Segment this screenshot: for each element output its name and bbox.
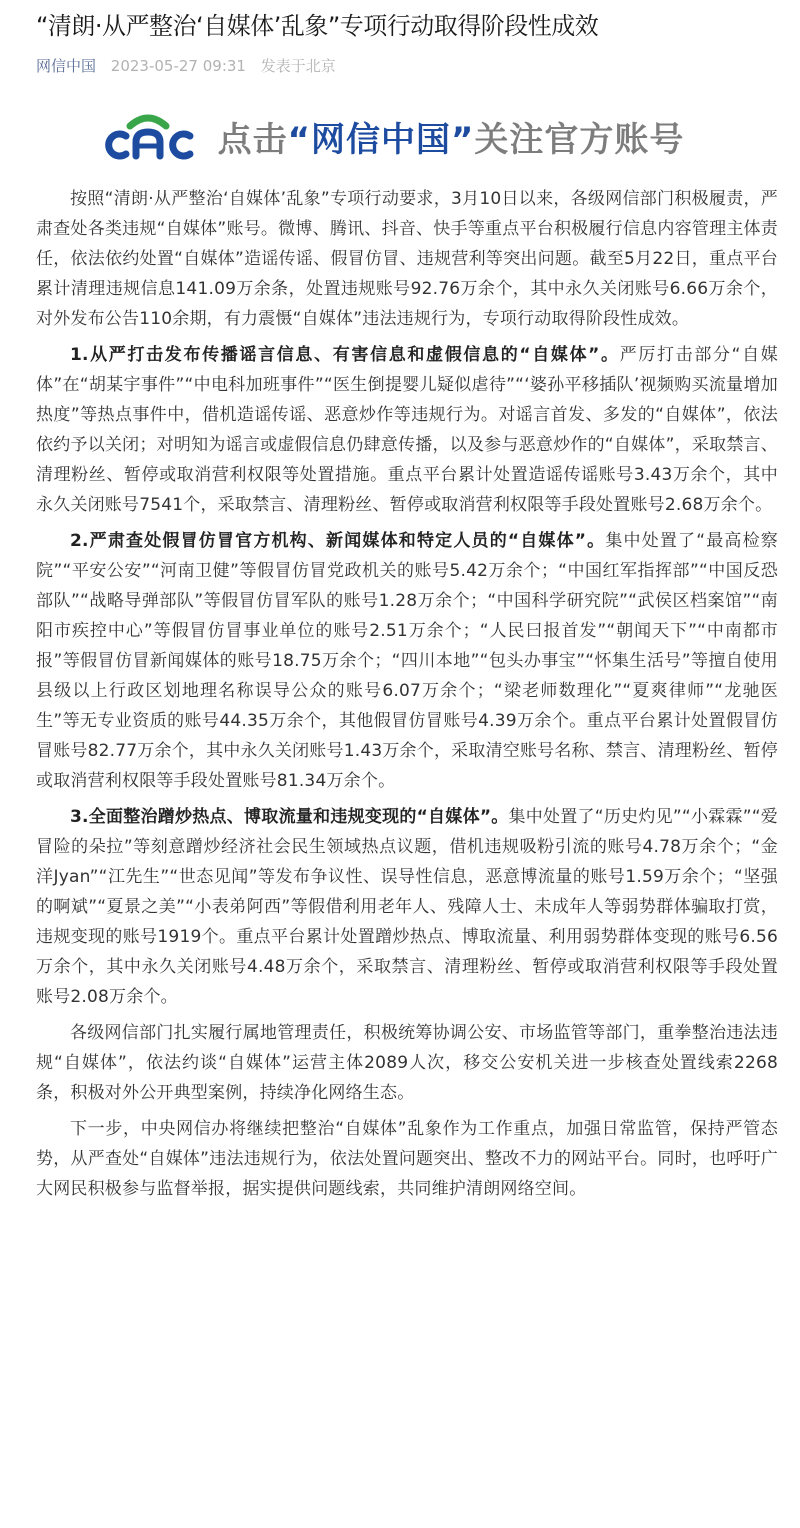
paragraph-text: 集中处置了“最高检察院”“平安公安”“河南卫健”等假冒仿冒党政机关的账号5.42… (36, 531, 778, 791)
section-heading: 3.全面整治蹭炒热点、博取流量和违规变现的“自媒体”。 (70, 807, 509, 827)
paragraph-text: 按照“清朗·从严整治‘自媒体’乱象”专项行动要求，3月10日以来，各级网信部门积… (36, 189, 778, 329)
paragraph-text: 下一步，中央网信办将继续把整治“自媒体”乱象作为工作重点，加强日常监管，保持严管… (36, 1119, 778, 1199)
banner-brand: “网信中国” (288, 120, 475, 160)
banner-suffix: 关注官方账号 (474, 120, 684, 160)
publish-time: 2023-05-27 09:31 (111, 57, 246, 75)
paragraph-text: 集中处置了“历史灼见”“小霖霖”“爱冒险的朵拉”等刻意蹭炒经济社会民生领域热点议… (36, 807, 778, 1007)
paragraph-local-enforcement: 各级网信部门扎实履行属地管理责任，积极统筹协调公安、市场监管等部门，重拳整治违法… (36, 1018, 778, 1108)
cac-logo-icon (100, 108, 196, 164)
paragraph-text: 各级网信部门扎实履行属地管理责任，积极统筹协调公安、市场监管等部门，重拳整治违法… (36, 1023, 778, 1103)
paragraph-next-steps: 下一步，中央网信办将继续把整治“自媒体”乱象作为工作重点，加强日常监管，保持严管… (36, 1114, 778, 1204)
article-body: 按照“清朗·从严整治‘自媒体’乱象”专项行动要求，3月10日以来，各级网信部门积… (36, 184, 778, 1204)
banner-text: 点击“网信中国”关注官方账号 (218, 112, 685, 161)
article-title: “清朗·从严整治‘自媒体’乱象”专项行动取得阶段性成效 (36, 0, 778, 42)
paragraph-text: 严厉打击部分“自媒体”在“胡某宇事件”“中电科加班事件”“医生倒提婴儿疑似虐待”… (36, 345, 778, 515)
paragraph-section-3: 3.全面整治蹭炒热点、博取流量和违规变现的“自媒体”。集中处置了“历史灼见”“小… (36, 802, 778, 1012)
publish-location: 发表于北京 (261, 57, 336, 75)
paragraph-section-2: 2.严肃查处假冒仿冒官方机构、新闻媒体和特定人员的“自媒体”。集中处置了“最高检… (36, 526, 778, 796)
section-heading: 2.严肃查处假冒仿冒官方机构、新闻媒体和特定人员的“自媒体”。 (70, 531, 605, 551)
author-link[interactable]: 网信中国 (36, 57, 96, 75)
follow-banner[interactable]: 点击“网信中国”关注官方账号 (36, 98, 778, 174)
article: “清朗·从严整治‘自媒体’乱象”专项行动取得阶段性成效 网信中国 2023-05… (0, 0, 800, 1204)
paragraph-section-1: 1.从严打击发布传播谣言信息、有害信息和虚假信息的“自媒体”。严厉打击部分“自媒… (36, 340, 778, 520)
paragraph-intro: 按照“清朗·从严整治‘自媒体’乱象”专项行动要求，3月10日以来，各级网信部门积… (36, 184, 778, 334)
article-meta: 网信中国 2023-05-27 09:31 发表于北京 (36, 56, 778, 76)
banner-prefix: 点击 (218, 120, 288, 160)
section-heading: 1.从严打击发布传播谣言信息、有害信息和虚假信息的“自媒体”。 (70, 345, 620, 365)
